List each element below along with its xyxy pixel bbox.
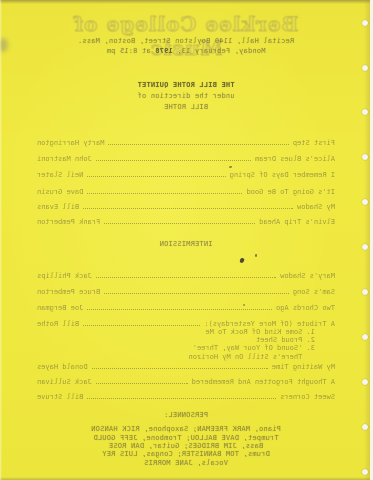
song-credit: John Mastroni [37, 155, 92, 163]
song-title: Two Chords Ago [276, 304, 335, 312]
song-title: My Shadow [297, 203, 335, 211]
program-row: Alice's Blues DreamJohn Mastroni [37, 154, 335, 163]
scanned-program-page: Berklee College of Music Recital Hall, 1… [0, 0, 373, 480]
dot-leader [83, 319, 200, 326]
song-credit: Jack Phillips [37, 272, 92, 280]
address-line-2-post: at 8:15 pm [107, 47, 156, 55]
song-title: Alice's Blues Dream [255, 155, 335, 163]
program-row: A Tribute (Of More Yesterdays):Bill Roth… [37, 319, 335, 328]
punch-hole [362, 424, 368, 430]
song-credit: Bill Struve [37, 393, 83, 401]
address-line-2-pre: Monday, February 13, [173, 47, 266, 55]
song-title: Sweet Corners [280, 393, 335, 401]
song-title: First Step [293, 139, 335, 147]
dot-leader [96, 271, 276, 278]
program-row: Elvin's Trip AheadFrank Pemberton [37, 217, 335, 226]
punch-hole [362, 199, 368, 205]
program-row: Sweet CornersBill Struve [37, 392, 335, 401]
program-row: Two Chords AgoJoe Bergman [37, 303, 335, 312]
mirrored-sheet-content: Berklee College of Music Recital Hall, 1… [0, 0, 373, 480]
personnel-line: Trumpet, DAVE BALLOU; Trombone, JEFF GOU… [37, 434, 335, 442]
dot-leader [108, 138, 288, 145]
song-title: Elvin's Trip Ahead [259, 218, 335, 226]
personnel-line: Drums, TOM BANNISTER; Congas, LUIS REY [37, 450, 335, 458]
punch-hole [362, 65, 368, 71]
sub-item: 3. 'Sound Of Your Way, Three' [189, 344, 315, 352]
song-credit: Neil Slater [37, 171, 83, 179]
program-title: THE BILL ROTHE QUINTET [37, 81, 335, 89]
song-title: Sam's Song [293, 288, 335, 296]
dot-leader [104, 287, 289, 294]
program-row: First StepMarty Harrington [37, 138, 335, 147]
punch-hole [362, 154, 368, 160]
song-credit: Bruce Pemberton [37, 288, 100, 296]
song-credit: Jack Sullivan [37, 378, 92, 386]
personnel-line: Piano, MARK FREEMAN; Saxophone, RICK HAN… [37, 425, 335, 433]
address-line-2-date: 1978 [155, 47, 173, 55]
program-row: My ShadowBill Evans [37, 202, 335, 211]
song-credit: Frank Pemberton [37, 218, 100, 226]
program-row: A Thought Forgotten And RememberedJack S… [37, 377, 335, 386]
program-subtitle: under the direction of [37, 92, 335, 100]
punch-hole [362, 379, 368, 385]
program-row: Mary's ShadowJack Phillips [37, 271, 335, 280]
intermission-heading: INTERMISSION [37, 240, 335, 248]
dot-leader [104, 217, 255, 224]
punch-hole [362, 244, 368, 250]
sub-item: 1. Some Kind Of Rock To Me [189, 328, 315, 336]
page-top-edge [0, 0, 373, 4]
dot-leader [87, 187, 242, 194]
personnel-heading: PERSONNEL: [37, 411, 335, 419]
program-performer: BILL ROTHE [37, 103, 335, 111]
program-row: Sam's SongBruce Pemberton [37, 287, 335, 296]
song-credit: Marty Harrington [37, 139, 104, 147]
punch-hole [362, 20, 368, 26]
address-line-1: Recital Hall, 1140 Boylston Street, Bost… [37, 37, 335, 45]
program-row: I Remember Days Of SpringNeil Slater [37, 170, 335, 179]
sub-item: There's Still On My Horizon [189, 353, 315, 361]
dot-leader [87, 170, 225, 177]
dot-leader [87, 392, 276, 399]
tribute-sub-items: 1. Some Kind Of Rock To Me2. Proud Sheet… [189, 328, 315, 361]
song-title: A Thought Forgotten And Remembered [192, 378, 335, 386]
punch-hole [362, 109, 368, 115]
song-credit: Bill Evans [37, 203, 79, 211]
personnel-line: Bass, JIM BRIDGES; Guitar, DAN ROSE [37, 442, 335, 450]
song-credit: Joe Bergman [37, 304, 83, 312]
song-title: It's Going To Be Good [246, 188, 335, 196]
punch-hole [362, 289, 368, 295]
dot-leader [83, 202, 293, 209]
dot-leader [92, 362, 268, 369]
program-row: My Waiting TimeDonald Hayes [37, 362, 335, 371]
song-title: Mary's Shadow [280, 272, 335, 280]
song-credit: Dave Grusin [37, 188, 83, 196]
sub-item: 2. Proud Sheet [189, 336, 315, 344]
song-credit: Bill Rothe [37, 320, 79, 328]
page-left-edge [0, 0, 2, 480]
address-line-2: Monday, February 13, 1978 at 8:15 pm [37, 47, 335, 55]
song-credit: Donald Hayes [37, 363, 88, 371]
personnel-line: Vocals, JANE MORRIS [37, 459, 335, 467]
song-title: A Tribute (Of More Yesterdays): [204, 320, 335, 328]
punch-hole [362, 334, 368, 340]
song-title: I Remember Days Of Spring [230, 171, 335, 179]
program-row: It's Going To Be GoodDave Grusin [37, 187, 335, 196]
dot-leader [96, 377, 188, 384]
punch-hole [362, 469, 368, 475]
song-title: My Waiting Time [272, 363, 335, 371]
dot-leader [96, 154, 251, 161]
